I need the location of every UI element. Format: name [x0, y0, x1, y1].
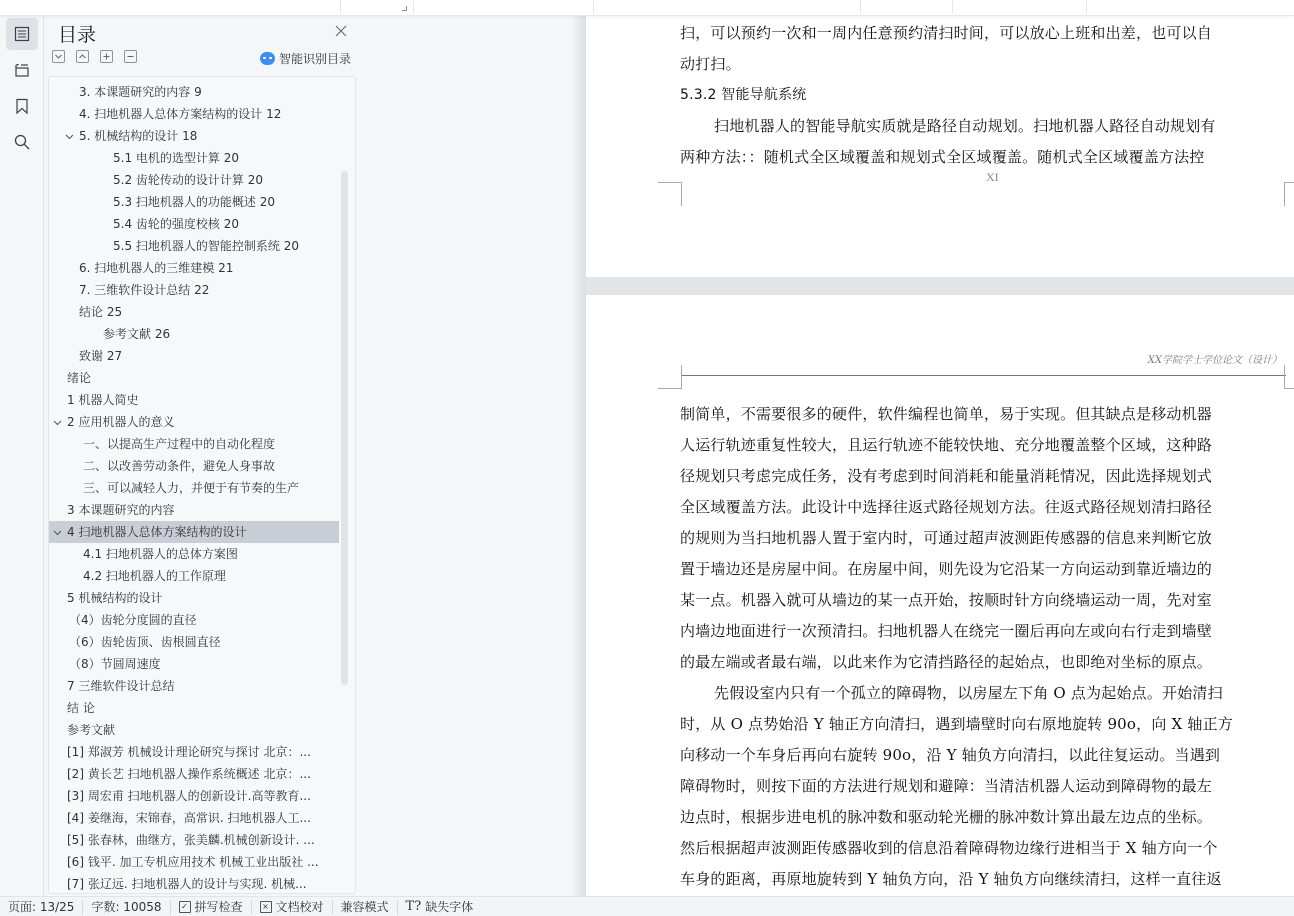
toc-item-label: 5.3 扫地机器人的功能概述 20 — [113, 191, 275, 213]
toc-item[interactable]: 5.3 扫地机器人的功能概述 20 — [49, 191, 339, 213]
toc-item-label: 7 三维软件设计总结 — [67, 675, 174, 697]
minus-icon — [126, 52, 135, 61]
toc-item[interactable]: 3 本课题研究的内容 — [49, 499, 339, 521]
toc-item[interactable]: 4.1 扫地机器人的总体方案图 — [49, 543, 339, 565]
toc-item-label: 3. 本课题研究的内容 9 — [79, 81, 202, 103]
paragraph-line: 向移动一个车身后再向右旋转 90o，沿 Y 轴负方向清扫，以此往复运动。当遇到 — [680, 744, 1284, 766]
toc-list-icon — [13, 25, 31, 43]
toc-item-label: （4）齿轮分度圆的直径 — [69, 609, 197, 631]
toc-item-label: 2 应用机器人的意义 — [67, 411, 174, 433]
toc-item-label: 4. 扫地机器人总体方案结构的设计 12 — [79, 103, 281, 125]
paragraph-line: 径规划只考虑完成任务，没有考虑到时间消耗和能量消耗情况，因此选择规划式 — [680, 465, 1284, 487]
toc-item[interactable]: [1] 郑淑芳 机械设计理论研究与探讨 北京：... — [49, 741, 339, 763]
toc-item[interactable]: [7] 张辽远. 扫地机器人的设计与实现. 机械... — [49, 873, 339, 894]
document-canvas-background — [358, 16, 586, 896]
toc-item[interactable]: 1 机器人简史 — [49, 389, 339, 411]
toc-item[interactable]: （8）节圆周速度 — [49, 653, 339, 675]
toc-item[interactable]: 5 机械结构的设计 — [49, 587, 339, 609]
paragraph-line: 然后根据超声波测距传感器收到的信息沿着障碍物边缘行进相当于 X 轴方向一个 — [680, 837, 1284, 859]
bookmarks-button[interactable] — [6, 90, 38, 122]
toc-item-label: 5. 机械结构的设计 18 — [79, 125, 197, 147]
toc-item[interactable]: 参考文献 — [49, 719, 339, 741]
toc-item-label: 5.1 电机的选型计算 20 — [113, 147, 239, 169]
page-shadow — [572, 16, 586, 896]
crop-mark — [1284, 365, 1294, 389]
expand-all-button[interactable] — [52, 50, 65, 63]
toc-item-label: 5 机械结构的设计 — [67, 587, 162, 609]
toc-item-label: [3] 周宏甫 扫地机器人的创新设计.高等教育... — [67, 785, 311, 807]
paragraph-line: 置于墙边还是房屋中间。在房屋中间，则先设为它沿某一方向运动到靠近墙边的 — [680, 558, 1284, 580]
paragraph-line: 人运行轨迹重复性较大，且运行轨迹不能较快地、充分地覆盖整个区域，这种路 — [680, 434, 1284, 456]
proofread-icon: × — [260, 901, 272, 913]
toc-item-label: [7] 张辽远. 扫地机器人的设计与实现. 机械... — [67, 873, 307, 894]
top-toolbar — [0, 0, 1294, 16]
toc-item[interactable]: 5.1 电机的选型计算 20 — [49, 147, 339, 169]
toc-item-label: 5.5 扫地机器人的智能控制系统 20 — [113, 235, 299, 257]
chevron-down-icon[interactable] — [53, 528, 62, 537]
toc-item-label: [5] 张春林，曲继方，张美麟.机械创新设计. ... — [67, 829, 315, 851]
toolbar-divider — [340, 0, 341, 14]
missing-fonts-button[interactable]: T?缺失字体 — [398, 900, 482, 914]
toc-item[interactable]: 3. 本课题研究的内容 9 — [49, 81, 339, 103]
paragraph-line: 障碍物时，则按下面的方法进行规划和避障：当清洁机器人运动到障碍物的最左 — [680, 775, 1284, 797]
paragraph-line: 扫地机器人的智能导航实质就是路径自动规划。扫地机器人路径自动规划有 — [714, 115, 1294, 137]
toolbar-divider — [860, 0, 861, 14]
paragraph-line: 两种方法：：随机式全区域覆盖和规划式全区域覆盖。随机式全区域覆盖方法控 — [680, 146, 1284, 168]
toc-item[interactable]: 5. 机械结构的设计 18 — [49, 125, 339, 147]
close-icon[interactable] — [334, 24, 348, 38]
toc-item[interactable]: （6）齿轮齿顶、齿根圆直径 — [49, 631, 339, 653]
toc-item-label: [4] 姜继海，宋锦春，高常识. 扫地机器人工... — [67, 807, 311, 829]
toc-item-label: （8）节圆周速度 — [69, 653, 161, 675]
bookmark-icon — [13, 97, 31, 115]
toc-item[interactable]: 4 扫地机器人总体方案结构的设计 — [49, 521, 339, 543]
toc-item-label: 参考文献 26 — [103, 323, 170, 345]
header-rule — [682, 375, 1286, 376]
doc-proofread-label: 文档校对 — [276, 898, 324, 915]
toc-item-label: 4.2 扫地机器人的工作原理 — [83, 565, 226, 587]
toc-item-label: 一、以提高生产过程中的自动化程度 — [83, 433, 275, 455]
paragraph-line: 先假设室内只有一个孤立的障碍物，以房屋左下角 O 点为起始点。开始清扫 — [714, 682, 1294, 704]
toc-item-label: 4 扫地机器人总体方案结构的设计 — [67, 521, 246, 543]
toc-item-label: 二、以改善劳动条件，避免人身事故 — [83, 455, 275, 477]
chevron-down-icon — [54, 52, 63, 61]
toc-item[interactable]: 5.4 齿轮的强度校核 20 — [49, 213, 339, 235]
missing-fonts-label: 缺失字体 — [425, 898, 473, 915]
collapse-all-button[interactable] — [76, 50, 89, 63]
paragraph-line: 制简单，不需要很多的硬件，软件编程也简单，易于实现。但其缺点是移动机器 — [680, 403, 1284, 425]
toc-item-label: （6）齿轮齿顶、齿根圆直径 — [69, 631, 221, 653]
folder-tree-icon — [13, 61, 31, 79]
toolbar-divider — [952, 0, 953, 14]
toolbar-divider — [1086, 0, 1087, 14]
toc-item[interactable]: 7 三维软件设计总结 — [49, 675, 339, 697]
toc-item-label: 绪论 — [67, 367, 91, 389]
word-count-label: 字数: 10058 — [91, 898, 161, 915]
compat-mode-label: 兼容模式 — [341, 898, 389, 915]
toc-item[interactable]: 参考文献 26 — [49, 323, 339, 345]
toc-scrollbar[interactable] — [341, 171, 348, 685]
toc-item[interactable]: [6] 钱平. 加工专机应用技术 机械工业出版社 ... — [49, 851, 339, 873]
toc-item[interactable]: 二、以改善劳动条件，避免人身事故 — [49, 455, 339, 477]
resize-corner-icon — [402, 6, 407, 11]
toc-item-label: [1] 郑淑芳 机械设计理论研究与探讨 北京：... — [67, 741, 311, 763]
toc-item[interactable]: 4. 扫地机器人总体方案结构的设计 12 — [49, 103, 339, 125]
document-page-12: XX学院学士学位论文（设计） 制简单，不需要很多的硬件，软件编程也简单，易于实现… — [586, 295, 1294, 896]
search-button[interactable] — [6, 126, 38, 158]
paragraph-line: 车身的距离，再原地旋转到 Y 轴负方向，沿 Y 轴负方向继续清扫，这样一直往返 — [680, 868, 1284, 890]
toc-item[interactable]: 5.5 扫地机器人的智能控制系统 20 — [49, 235, 339, 257]
toc-item-label: 4.1 扫地机器人的总体方案图 — [83, 543, 238, 565]
left-icon-rail — [0, 16, 44, 896]
toc-item-label: [6] 钱平. 加工专机应用技术 机械工业出版社 ... — [67, 851, 319, 873]
ai-assistant-icon — [260, 52, 275, 65]
search-icon — [13, 133, 31, 151]
chevron-up-icon — [78, 52, 87, 61]
spell-check-icon: ✓ — [179, 901, 191, 913]
toc-item[interactable]: 一、以提高生产过程中的自动化程度 — [49, 433, 339, 455]
page-indicator-label: 页面: 13/25 — [8, 898, 74, 915]
toc-item[interactable]: 结 论 — [49, 697, 339, 719]
chevron-down-icon[interactable] — [65, 132, 74, 141]
plus-icon — [102, 52, 111, 61]
toc-item[interactable]: （4）齿轮分度圆的直径 — [49, 609, 339, 631]
toc-item-label: 7. 三维软件设计总结 22 — [79, 279, 209, 301]
toc-item[interactable]: 致谢 27 — [49, 345, 339, 367]
toc-item[interactable]: 6. 扫地机器人的三维建模 21 — [49, 257, 339, 279]
document-page-11: XI 扫，可以预约一次和一周内任意预约清扫时间，可以放心上班和出差，也可以自动打… — [586, 16, 1294, 277]
toc-item[interactable]: [2] 黄长艺 扫地机器人操作系统概述 北京：... — [49, 763, 339, 785]
smart-recognize-toc-button[interactable]: 智能识别目录 — [260, 50, 351, 67]
toc-panel-title: 目录 — [58, 20, 96, 47]
toc-list: 3. 本课题研究的内容 94. 扫地机器人总体方案结构的设计 125. 机械结构… — [48, 76, 356, 894]
toc-item-label: 致谢 27 — [79, 345, 122, 367]
paragraph-line: 某一点。机器入就可从墙边的某一点开始，按顺时针方向绕墙运动一周，先对室 — [680, 589, 1284, 611]
section-heading: 5.3.2 智能导航系统 — [680, 84, 1284, 106]
crop-mark — [658, 182, 682, 206]
navigation-pane-button[interactable] — [6, 54, 38, 86]
toc-item[interactable]: 2 应用机器人的意义 — [49, 411, 339, 433]
toc-item-label: [2] 黄长艺 扫地机器人操作系统概述 北京：... — [67, 763, 311, 785]
paragraph-line: 全区域覆盖方法。此设计中选择往返式路径规划方法。往返式路径规划清扫路径 — [680, 496, 1284, 518]
toc-item-label: 结 论 — [67, 697, 95, 719]
toc-item[interactable]: 4.2 扫地机器人的工作原理 — [49, 565, 339, 587]
paragraph-line: 动打扫。 — [680, 53, 1284, 75]
chevron-down-icon[interactable] — [53, 418, 62, 427]
compat-mode-indicator[interactable]: 兼容模式 — [333, 900, 398, 914]
page-header-text: XX学院学士学位论文（设计） — [1148, 351, 1282, 366]
toc-item[interactable]: [4] 姜继海，宋锦春，高常识. 扫地机器人工... — [49, 807, 339, 829]
toc-item[interactable]: [5] 张春林，曲继方，张美麟.机械创新设计. ... — [49, 829, 339, 851]
crop-mark — [1284, 182, 1294, 206]
add-item-button[interactable] — [100, 50, 113, 63]
toc-item-label: 5.4 齿轮的强度校核 20 — [113, 213, 239, 235]
remove-item-button[interactable] — [124, 50, 137, 63]
word-count[interactable]: 字数: 10058 — [83, 900, 170, 914]
toc-item-label: 1 机器人简史 — [67, 389, 138, 411]
toc-item-label: 3 本课题研究的内容 — [67, 499, 174, 521]
toc-item-label: 结论 25 — [79, 301, 122, 323]
toc-item-label: 参考文献 — [67, 719, 115, 741]
toc-item[interactable]: 5.2 齿轮传动的设计计算 20 — [49, 169, 339, 191]
toc-item[interactable]: 结论 25 — [49, 301, 339, 323]
toc-item[interactable]: [3] 周宏甫 扫地机器人的创新设计.高等教育... — [49, 785, 339, 807]
spell-check-label: 拼写检查 — [195, 898, 243, 915]
toc-item-label: 6. 扫地机器人的三维建模 21 — [79, 257, 233, 279]
paragraph-line: 扫，可以预约一次和一周内任意预约清扫时间，可以放心上班和出差，也可以自 — [680, 22, 1284, 44]
spell-check-button[interactable]: ✓拼写检查 — [171, 900, 252, 914]
toc-item[interactable]: 7. 三维软件设计总结 22 — [49, 279, 339, 301]
crop-mark — [658, 365, 682, 389]
toc-item[interactable]: 绪论 — [49, 367, 339, 389]
status-bar: 页面: 13/25 字数: 10058 ✓拼写检查 ×文档校对 兼容模式 T?缺… — [0, 896, 1294, 916]
paragraph-line: 边点时，根据步进电机的脉冲数和驱动轮光栅的脉冲数计算出最左边点的坐标。 — [680, 806, 1284, 828]
doc-proofread-button[interactable]: ×文档校对 — [252, 900, 333, 914]
paragraph-line: 内墙边地面进行一次预清扫。扫地机器人在绕完一圈后再向左或向右行走到墙壁 — [680, 620, 1284, 642]
toc-item-label: 三、可以减轻人力，并便于有节奏的生产 — [83, 477, 299, 499]
toc-panel-button[interactable] — [6, 18, 38, 50]
toc-item[interactable]: 三、可以减轻人力，并便于有节奏的生产 — [49, 477, 339, 499]
paragraph-line: 的最左端或者最右端，以此来作为它清挡路径的起始点，也即绝对坐标的原点。 — [680, 651, 1284, 673]
page-number: XI — [986, 170, 999, 185]
toc-item-label: 5.2 齿轮传动的设计计算 20 — [113, 169, 263, 191]
toc-toolbar — [52, 50, 137, 63]
page-indicator[interactable]: 页面: 13/25 — [0, 900, 83, 914]
paragraph-line: 时，从 O 点势始沿 Y 轴正方向清扫，遇到墙壁时向右原地旋转 90o，向 X … — [680, 713, 1284, 735]
smart-recognize-label: 智能识别目录 — [279, 50, 351, 67]
paragraph-line: 的规则为当扫地机器人置于室内时，可通过超声波测距传感器的信息来判断它放 — [680, 527, 1284, 549]
toolbar-divider — [593, 0, 594, 14]
toc-panel: 目录 智能识别目录 3. 本课题研究的内容 94. 扫地机器人总体方案结构的设计… — [44, 16, 358, 896]
missing-font-icon: T? — [406, 899, 422, 914]
toolbar-divider — [413, 0, 414, 14]
